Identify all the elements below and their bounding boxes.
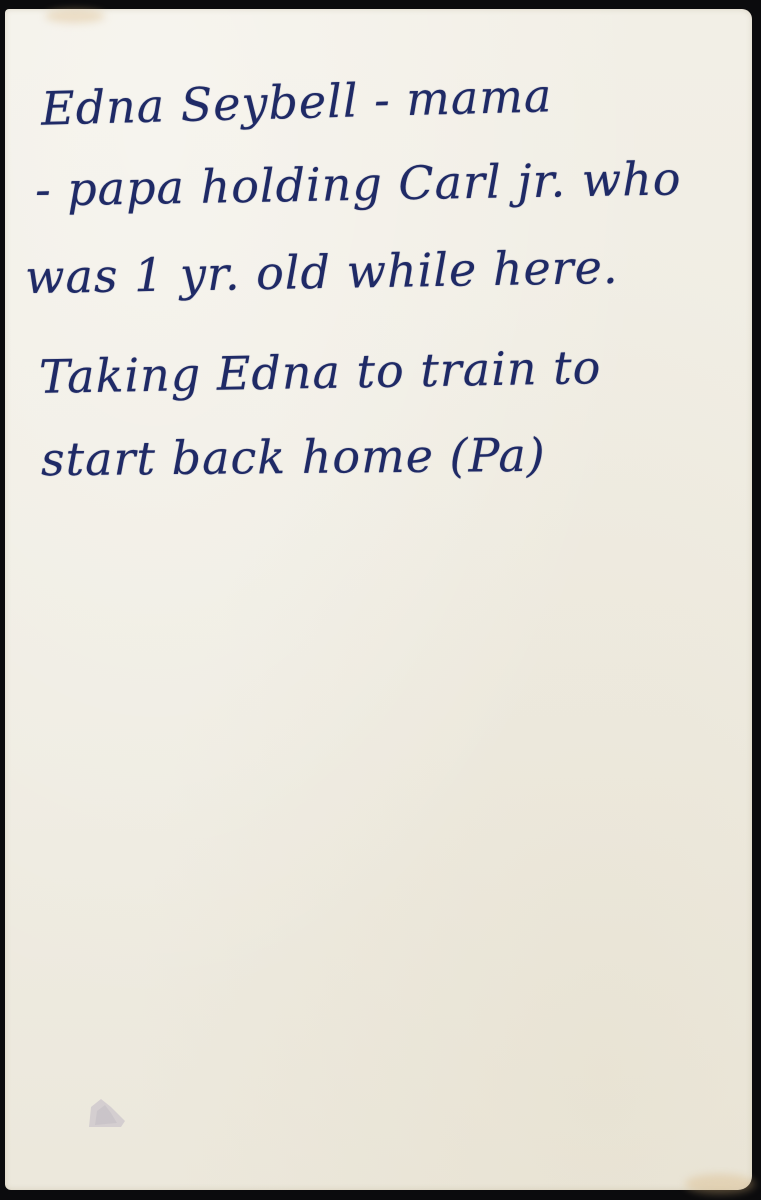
- paper-stain: [45, 9, 105, 23]
- note-line-5: start back home (Pa): [41, 432, 546, 482]
- scanned-photo-back: Edna Seybell - mama - papa holding Carl …: [0, 0, 761, 1200]
- photo-card-back: Edna Seybell - mama - papa holding Carl …: [5, 9, 752, 1190]
- paper-stain: [685, 1174, 755, 1194]
- note-line-2: - papa holding Carl jr. who: [35, 155, 682, 212]
- note-line-1: Edna Seybell - mama: [40, 72, 552, 131]
- note-line-4: Taking Edna to train to: [39, 344, 602, 400]
- note-line-3: was 1 yr. old while here.: [25, 244, 619, 300]
- faint-stamp-mark-icon: [81, 1093, 131, 1133]
